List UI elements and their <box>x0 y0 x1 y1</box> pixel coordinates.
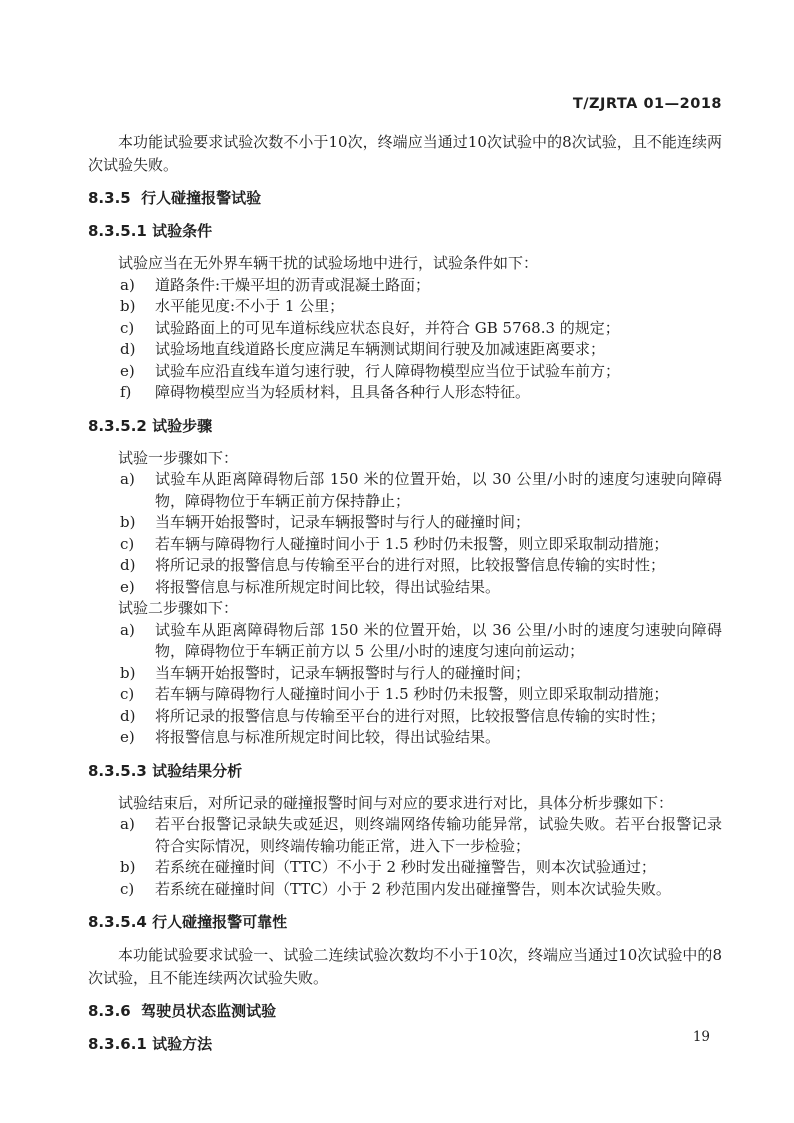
list-item-text: 试验场地直线道路长度应满足车辆测试期间行驶及加减速距离要求； <box>155 339 722 361</box>
list-item-text: 若系统在碰撞时间（TTC）小于 2 秒范围内发出碰撞警告，则本次试验失败。 <box>155 879 722 901</box>
list-marker: b) <box>120 296 155 318</box>
list-marker: e) <box>120 577 155 599</box>
list-item: c)试验路面上的可见车道标线应状态良好，并符合 GB 5768.3 的规定； <box>88 318 722 340</box>
heading-8-3-5-3: 8.3.5.3 试验结果分析 <box>88 761 722 782</box>
list-item: e)将报警信息与标准所规定时间比较，得出试验结果。 <box>88 727 722 749</box>
list-item: c)若系统在碰撞时间（TTC）小于 2 秒范围内发出碰撞警告，则本次试验失败。 <box>88 879 722 901</box>
list-item: a)道路条件:干燥平坦的沥青或混凝土路面； <box>88 275 722 297</box>
list-item-text: 障碍物模型应当为轻质材料，且具备各种行人形态特征。 <box>155 382 722 404</box>
list-marker: f) <box>120 382 155 404</box>
list-item-text: 将所记录的报警信息与传输至平台的进行对照，比较报警信息传输的实时性； <box>155 555 722 577</box>
list-marker: b) <box>120 512 155 534</box>
list-item-text: 试验车从距离障碍物后部 150 米的位置开始，以 36 公里/小时的速度匀速驶向… <box>155 620 722 663</box>
list-item-text: 若平台报警记录缺失或延迟，则终端网络传输功能异常，试验失败。若平台报警记录符合实… <box>155 814 722 857</box>
heading-8-3-6-1: 8.3.6.1 试验方法 <box>88 1034 722 1055</box>
list-item: c)若车辆与障碍物行人碰撞时间小于 1.5 秒时仍未报警，则立即采取制动措施； <box>88 684 722 706</box>
list-item-text: 当车辆开始报警时，记录车辆报警时与行人的碰撞时间； <box>155 663 722 685</box>
list-item: d)将所记录的报警信息与传输至平台的进行对照，比较报警信息传输的实时性； <box>88 555 722 577</box>
list-item-text: 若系统在碰撞时间（TTC）不小于 2 秒时发出碰撞警告，则本次试验通过； <box>155 857 722 879</box>
list-item-text: 将报警信息与标准所规定时间比较，得出试验结果。 <box>155 577 722 599</box>
list-item-text: 道路条件:干燥平坦的沥青或混凝土路面； <box>155 275 722 297</box>
list-item: d)试验场地直线道路长度应满足车辆测试期间行驶及加减速距离要求； <box>88 339 722 361</box>
lead-8-3-5-3: 试验结束后，对所记录的碰撞报警时间与对应的要求进行对比，具体分析步骤如下： <box>88 793 722 815</box>
lead-test-two: 试验二步骤如下： <box>88 598 722 620</box>
analysis-list: a)若平台报警记录缺失或延迟，则终端网络传输功能异常，试验失败。若平台报警记录符… <box>88 814 722 900</box>
list-item: a)若平台报警记录缺失或延迟，则终端网络传输功能异常，试验失败。若平台报警记录符… <box>88 814 722 857</box>
list-item-text: 若车辆与障碍物行人碰撞时间小于 1.5 秒时仍未报警，则立即采取制动措施； <box>155 534 722 556</box>
list-item: e)将报警信息与标准所规定时间比较，得出试验结果。 <box>88 577 722 599</box>
list-marker: a) <box>120 469 155 512</box>
list-item-text: 试验路面上的可见车道标线应状态良好，并符合 GB 5768.3 的规定； <box>155 318 722 340</box>
list-item-text: 将报警信息与标准所规定时间比较，得出试验结果。 <box>155 727 722 749</box>
list-item-text: 将所记录的报警信息与传输至平台的进行对照，比较报警信息传输的实时性； <box>155 706 722 728</box>
list-marker: c) <box>120 684 155 706</box>
list-marker: c) <box>120 318 155 340</box>
list-item: f)障碍物模型应当为轻质材料，且具备各种行人形态特征。 <box>88 382 722 404</box>
test-two-steps: a)试验车从距离障碍物后部 150 米的位置开始，以 36 公里/小时的速度匀速… <box>88 620 722 749</box>
list-item: b)当车辆开始报警时，记录车辆报警时与行人的碰撞时间； <box>88 512 722 534</box>
doc-code: T/ZJRTA 01—2018 <box>573 96 722 112</box>
heading-8-3-5: 8.3.5 行人碰撞报警试验 <box>88 188 722 209</box>
heading-8-3-5-2: 8.3.5.2 试验步骤 <box>88 416 722 437</box>
list-item: d)将所记录的报警信息与传输至平台的进行对照，比较报警信息传输的实时性； <box>88 706 722 728</box>
list-marker: d) <box>120 339 155 361</box>
page-header: T/ZJRTA 01—2018 <box>88 96 722 113</box>
list-item: b)当车辆开始报警时，记录车辆报警时与行人的碰撞时间； <box>88 663 722 685</box>
list-marker: e) <box>120 361 155 383</box>
list-marker: a) <box>120 814 155 857</box>
list-marker: d) <box>120 555 155 577</box>
list-item: b)水平能见度:不小于 1 公里； <box>88 296 722 318</box>
lead-test-one: 试验一步骤如下： <box>88 448 722 470</box>
intro-paragraph: 本功能试验要求试验次数不小于10次，终端应当通过10次试验中的8次试验，且不能连… <box>88 131 722 176</box>
list-item: e)试验车应沿直线车道匀速行驶，行人障碍物模型应当位于试验车前方； <box>88 361 722 383</box>
list-marker: a) <box>120 620 155 663</box>
list-item-text: 试验车从距离障碍物后部 150 米的位置开始，以 30 公里/小时的速度匀速驶向… <box>155 469 722 512</box>
list-marker: b) <box>120 663 155 685</box>
test-one-steps: a)试验车从距离障碍物后部 150 米的位置开始，以 30 公里/小时的速度匀速… <box>88 469 722 598</box>
list-marker: a) <box>120 275 155 297</box>
reliability-paragraph: 本功能试验要求试验一、试验二连续试验次数均不小于10次，终端应当通过10次试验中… <box>88 944 722 989</box>
list-marker: c) <box>120 879 155 901</box>
list-item: c)若车辆与障碍物行人碰撞时间小于 1.5 秒时仍未报警，则立即采取制动措施； <box>88 534 722 556</box>
list-item-text: 水平能见度:不小于 1 公里； <box>155 296 722 318</box>
heading-8-3-5-4: 8.3.5.4 行人碰撞报警可靠性 <box>88 912 722 933</box>
list-marker: d) <box>120 706 155 728</box>
heading-8-3-5-1: 8.3.5.1 试验条件 <box>88 221 722 242</box>
list-item: a)试验车从距离障碍物后部 150 米的位置开始，以 30 公里/小时的速度匀速… <box>88 469 722 512</box>
list-item-text: 当车辆开始报警时，记录车辆报警时与行人的碰撞时间； <box>155 512 722 534</box>
page-number: 19 <box>693 1028 710 1046</box>
lead-8-3-5-1: 试验应当在无外界车辆干扰的试验场地中进行，试验条件如下： <box>88 253 722 275</box>
conditions-list: a)道路条件:干燥平坦的沥青或混凝土路面； b)水平能见度:不小于 1 公里； … <box>88 275 722 404</box>
list-marker: c) <box>120 534 155 556</box>
list-item-text: 若车辆与障碍物行人碰撞时间小于 1.5 秒时仍未报警，则立即采取制动措施； <box>155 684 722 706</box>
list-marker: e) <box>120 727 155 749</box>
heading-8-3-6: 8.3.6 驾驶员状态监测试验 <box>88 1001 722 1022</box>
list-item: a)试验车从距离障碍物后部 150 米的位置开始，以 36 公里/小时的速度匀速… <box>88 620 722 663</box>
document-page: T/ZJRTA 01—2018 本功能试验要求试验次数不小于10次，终端应当通过… <box>0 0 794 1123</box>
list-item: b)若系统在碰撞时间（TTC）不小于 2 秒时发出碰撞警告，则本次试验通过； <box>88 857 722 879</box>
list-marker: b) <box>120 857 155 879</box>
list-item-text: 试验车应沿直线车道匀速行驶，行人障碍物模型应当位于试验车前方； <box>155 361 722 383</box>
